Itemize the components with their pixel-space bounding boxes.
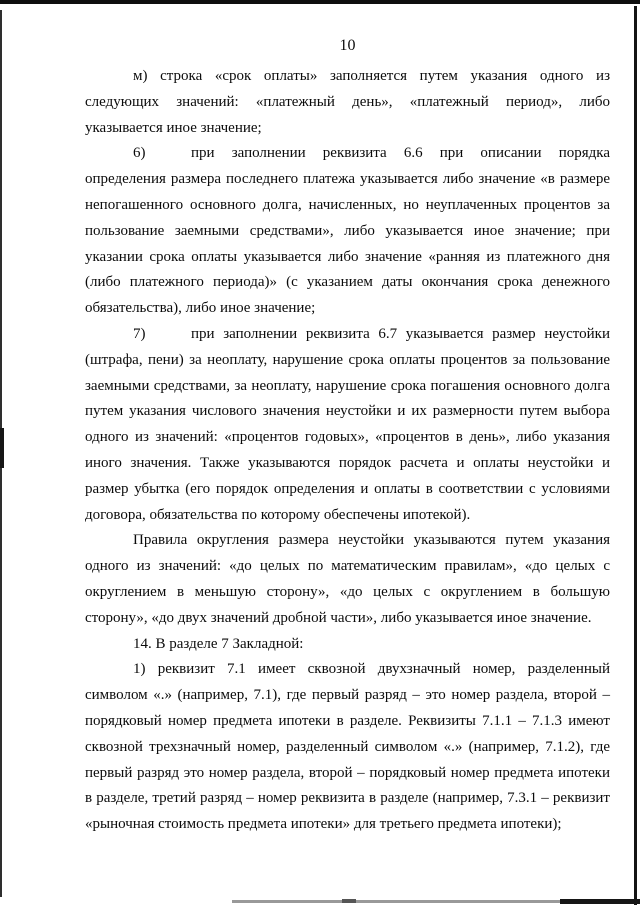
paragraph-text: при заполнении реквизита 6.7 указывается… — [85, 326, 610, 523]
paragraph: 7)при заполнении реквизита 6.7 указывает… — [85, 322, 610, 528]
paragraph: м) строка «срок оплаты» заполняется путе… — [85, 64, 610, 141]
paragraph: Правила округления размера неустойки ука… — [85, 528, 610, 631]
paragraph-text: при заполнении реквизита 6.6 при описани… — [85, 145, 610, 316]
document-page: 10 м) строка «срок оплаты» заполняется п… — [0, 0, 640, 905]
scan-edge-bottom-corner — [560, 899, 640, 904]
paragraph: 14. В разделе 7 Закладной: — [85, 632, 610, 658]
page-number: 10 — [85, 36, 610, 56]
scan-artifact — [0, 428, 4, 468]
paragraph: 6)при заполнении реквизита 6.6 при описа… — [85, 141, 610, 322]
scan-edge-bottom — [232, 900, 562, 903]
list-marker: 7) — [133, 322, 191, 348]
scan-edge-top — [0, 0, 640, 4]
scan-edge-right — [634, 6, 637, 905]
paragraph: 1) реквизит 7.1 имеет сквозной двухзначн… — [85, 657, 610, 838]
body-text: м) строка «срок оплаты» заполняется путе… — [85, 64, 610, 838]
scan-artifact — [342, 899, 356, 903]
list-marker: 6) — [133, 141, 191, 167]
